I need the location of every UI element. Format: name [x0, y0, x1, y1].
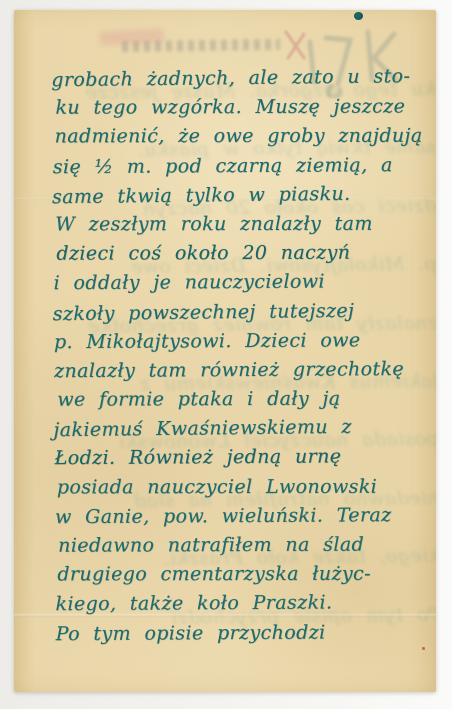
handwritten-line: W zeszłym roku znalazły tam: [55, 210, 436, 240]
handwritten-line: niedawno natrafiłem na ślad: [58, 530, 436, 561]
handwritten-line: dzieci coś około 20 naczyń: [56, 238, 436, 269]
handwritten-line: p. Mikołajtysowi. Dzieci owe: [54, 326, 436, 358]
handwritten-line: same tkwią tylko w piasku.: [52, 179, 434, 213]
handwritten-line: ku tego wzgórka. Muszę jeszcze: [55, 93, 436, 124]
handwritten-line: posiada nauczyciel Lwonowski: [57, 472, 436, 502]
handwritten-line: drugiego cmentarzyska łużyc-: [57, 560, 436, 590]
handwritten-line: Po tym opisie przychodzi: [56, 617, 436, 649]
handwritten-line: znalazły tam również grzechotkę: [54, 355, 436, 387]
scan-background: ku tego wzgórka. Muszę jeszcze same tkwi…: [0, 0, 452, 709]
handwriting-layer: grobach żadnych, ale zato u sto- ku tego…: [52, 63, 436, 649]
handwritten-line: się ½ m. pod czarną ziemią, a: [53, 150, 435, 182]
handwritten-line: grobach żadnych, ale zato u sto-: [51, 62, 433, 96]
handwritten-line: w Ganie, pow. wieluński. Teraz: [55, 501, 436, 533]
handwritten-line: jakiemuś Kwaśniewskiemu z: [53, 412, 435, 446]
red-speck: [422, 647, 425, 650]
handwritten-line: nadmienić, że owe groby znajdują: [55, 122, 436, 152]
ink-dot: [354, 12, 363, 20]
handwritten-line: szkoły powszechnej tutejszej: [53, 295, 435, 329]
handwritten-line: i oddały je nauczycielowi: [53, 267, 435, 299]
handwritten-line: we formie ptaka i dały ją: [57, 384, 436, 415]
handwritten-line: Łodzi. Również jedną urnę: [55, 442, 436, 474]
handwritten-line: kiego, także koło Praszki.: [55, 588, 436, 620]
letter-page: ku tego wzgórka. Muszę jeszcze same tkwi…: [14, 10, 436, 692]
